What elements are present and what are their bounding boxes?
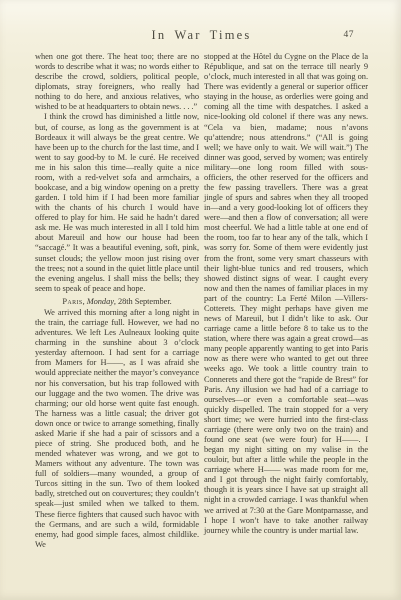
dateline: Paris, Monday, 28th September. [35,297,199,307]
dateline-date: , 28th September. [114,297,172,306]
left-column: when one got there. The heat too; there … [35,52,199,550]
paragraph: I think the crowd has diminished a littl… [35,112,199,293]
page-header: In War Times 47 [35,28,368,44]
paragraph: We arrived this morning after a long nig… [35,308,199,550]
book-page: In War Times 47 when one got there. The … [0,0,401,600]
dateline-place: Paris [62,297,82,306]
dateline-day: Monday [87,297,114,306]
text-block: when one got there. The heat too; there … [35,52,368,550]
right-column: stopped at the Hôtel du Cygne on the Pla… [204,52,368,550]
page-number: 47 [344,30,355,40]
paragraph-continuation: stopped at the Hôtel du Cygne on the Pla… [204,52,368,536]
paragraph-continuation: when one got there. The heat too; there … [35,52,199,112]
running-header-title: In War Times [35,28,368,43]
